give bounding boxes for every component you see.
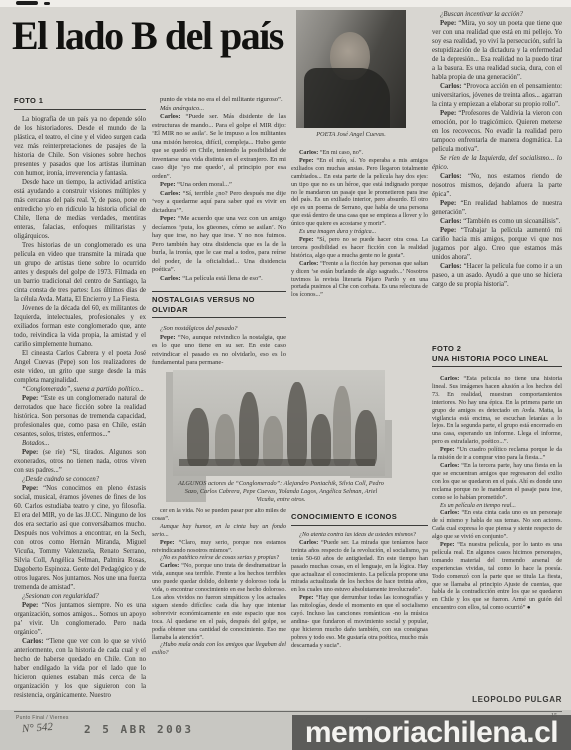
paragraph: Pepe: “En realidad hablamos de nuestra g… (432, 199, 562, 217)
paragraph: Carlos: “Tiene que ver con lo que se viv… (14, 637, 146, 700)
paragraph: Carlos: “Frente a la ficción hay persona… (291, 261, 428, 301)
paragraph: Pepe: “Este es un conglomerado natural d… (14, 394, 146, 439)
author-byline: LEOPOLDO PULGAR (432, 695, 562, 704)
paragraph: ¿No atenta contra las ideas de ustedes m… (291, 532, 428, 540)
scan-top-edge (0, 0, 571, 7)
column-4-bottom-text: Carlos: “Esta película no tiene una hist… (432, 376, 562, 664)
paragraph: La biografía de un país ya no depende só… (14, 115, 146, 178)
section-heading-foto-2: FOTO 2 UNA HISTORIA POCO LINEAL (432, 344, 562, 367)
paragraph: Pepe: “Sí, pero no se puede hacer otra c… (291, 237, 428, 261)
paragraph: Pepe: “Una orden moral...” (152, 181, 286, 190)
paragraph: Se ríen de la Izquierda, del socialismo.… (432, 154, 562, 172)
footer-rule (14, 711, 562, 712)
paragraph: ¿Buscan incentivar la acción? (432, 10, 562, 19)
handwritten-issue-number: N° 542 (22, 721, 54, 735)
paragraph: Pepe: “Nos conocimos en pleno éxtasis so… (14, 484, 146, 592)
paragraph: Carlos: “En mi caso, no”. (291, 150, 428, 158)
paragraph: Pepe: “Claro, muy serio, porque nos esta… (152, 540, 286, 556)
scanned-magazine-page: El lado B del país FOTO 1 La biografía d… (0, 0, 571, 750)
paragraph: “Conglomerado”, suena a partido político… (14, 385, 146, 394)
paragraph: Carlos: “Puede ser. Más disidente de las… (152, 113, 286, 181)
group-photo (173, 370, 385, 476)
paragraph: Carlos: “No, porque uno trata de desdram… (152, 563, 286, 642)
paragraph: Jóvenes de la década del 60, ex militant… (14, 304, 146, 349)
paragraph: ¿Son nostálgicos del pasado? (152, 325, 286, 334)
paragraph: cer en la vida. No se pueden pasar por a… (152, 508, 286, 524)
column-3-bottom-text: ¿No atenta contra las ideas de ustedes m… (291, 532, 428, 702)
paragraph: Carlos: “Puede ser. La mirada que teníam… (291, 540, 428, 595)
paragraph: Carlos: “La película está llena de eso”. (152, 275, 286, 284)
column-1: FOTO 1 La biografía de un país ya no dep… (14, 96, 146, 702)
paragraph: Pepe: “Hay que derrumbar todas las icono… (291, 595, 428, 650)
paragraph: Carlos: “Esta película no tiene una hist… (432, 376, 562, 447)
paragraph: ¿Sesionan con regularidad? (14, 592, 146, 601)
column-2-mid-text: ¿Son nostálgicos del pasado?Pepe: “No, a… (152, 325, 286, 370)
paragraph: Carlos: “Provoca acción en el pensamient… (432, 82, 562, 109)
paragraph: Pepe: “Profesores de Valdivia la vieron … (432, 109, 562, 154)
column-2-top-text: punto de vista no era el del militante r… (152, 96, 286, 290)
paragraph: Pepe: “Es nuestra película, por lo tanto… (432, 542, 562, 613)
paragraph: Es una imagen dura y trágica... (291, 229, 428, 237)
paragraph: Tres historias de un conglomerado es una… (14, 241, 146, 304)
paragraph: ¿Desde cuándo se conocen? (14, 475, 146, 484)
foto-2-subtitle: UNA HISTORIA POCO LINEAL (432, 354, 548, 363)
section-heading-nostalgias: NOSTALGIAS VERSUS NO OLVIDAR (152, 291, 286, 318)
group-photo-caption: ALGUNOS actores de “Conglomerado”: Aleja… (178, 480, 384, 504)
paragraph: Pepe: “Un cuadro político reclama porque… (432, 447, 562, 463)
paragraph: Aunque hay humor, en la cinta hay un fon… (152, 524, 286, 540)
publication-footer-label: Punto Final / Viernes (16, 715, 69, 721)
paragraph: Pepe: “Me acuerdo que una vez con un ami… (152, 215, 286, 275)
paragraph: Pepe: “No, aunque reivindico la nostalgi… (152, 334, 286, 368)
memoriachilena-watermark: memoriachilena.cl (305, 716, 558, 750)
paragraph: Pepe: “Trabajar la película aumentó mi c… (432, 226, 562, 262)
paragraph: Pepe: “Mira, yo soy un poeta que tiene q… (432, 19, 562, 82)
article-title: El lado B del país (12, 16, 304, 56)
paragraph: Pepe: “En el mío, sí. Yo esperaba a mis … (291, 158, 428, 229)
column-3-top-text: Carlos: “En mi caso, no”.Pepe: “En el mí… (291, 150, 428, 366)
paragraph: Carlos: “También es como un sicoanálisis… (432, 217, 562, 226)
paragraph: Carlos: “No, nos estamos riendo de nosot… (432, 172, 562, 199)
paragraph: Pepe: “Nos juntamos siempre. No es una o… (14, 601, 146, 637)
column-4-top-text: ¿Buscan incentivar la acción?Pepe: “Mira… (432, 10, 562, 342)
column-1-text: La biografía de un país ya no depende só… (14, 115, 146, 700)
poet-portrait-photo (296, 10, 406, 128)
paragraph: Carlos: “Hacer la película fue como ir a… (432, 262, 562, 289)
column-2-bottom-text: cer en la vida. No se pueden pasar por a… (152, 508, 286, 702)
scan-smudge (16, 1, 38, 5)
paragraph: ¿Hubo mala onda con los amigos que llega… (152, 642, 286, 658)
paragraph: Carlos: “En la tercera parte, hay una fi… (432, 463, 562, 503)
section-heading-foto-1: FOTO 1 (14, 96, 146, 110)
section-heading-conocimiento: CONOCIMIENTO E ICONOS (291, 512, 428, 526)
paragraph: El cineasta Carlos Cabrera y el poeta Jo… (14, 349, 146, 385)
paragraph: Pepe: (se ríe) “Sí, tirados. Algunos son… (14, 448, 146, 475)
scan-smudge (44, 2, 50, 5)
paragraph: Más anárquico... (152, 105, 286, 114)
poet-photo-caption: POETA José Angel Cuevas. (292, 131, 410, 139)
paragraph: Desde hace un tiempo, la actividad artís… (14, 178, 146, 241)
paragraph: Botados... (14, 439, 146, 448)
paragraph: Carlos: “En esta cinta cada uno es un pe… (432, 510, 562, 542)
paragraph: punto de vista no era el del militante r… (152, 96, 286, 105)
date-stamp: 2 5 ABR 2003 (84, 723, 193, 736)
watermark-band: memoriachilena.cl (292, 715, 571, 750)
foto-2-label: FOTO 2 (432, 344, 461, 353)
paragraph: Carlos: “Sí, terrible ¿no? Pero después … (152, 190, 286, 216)
